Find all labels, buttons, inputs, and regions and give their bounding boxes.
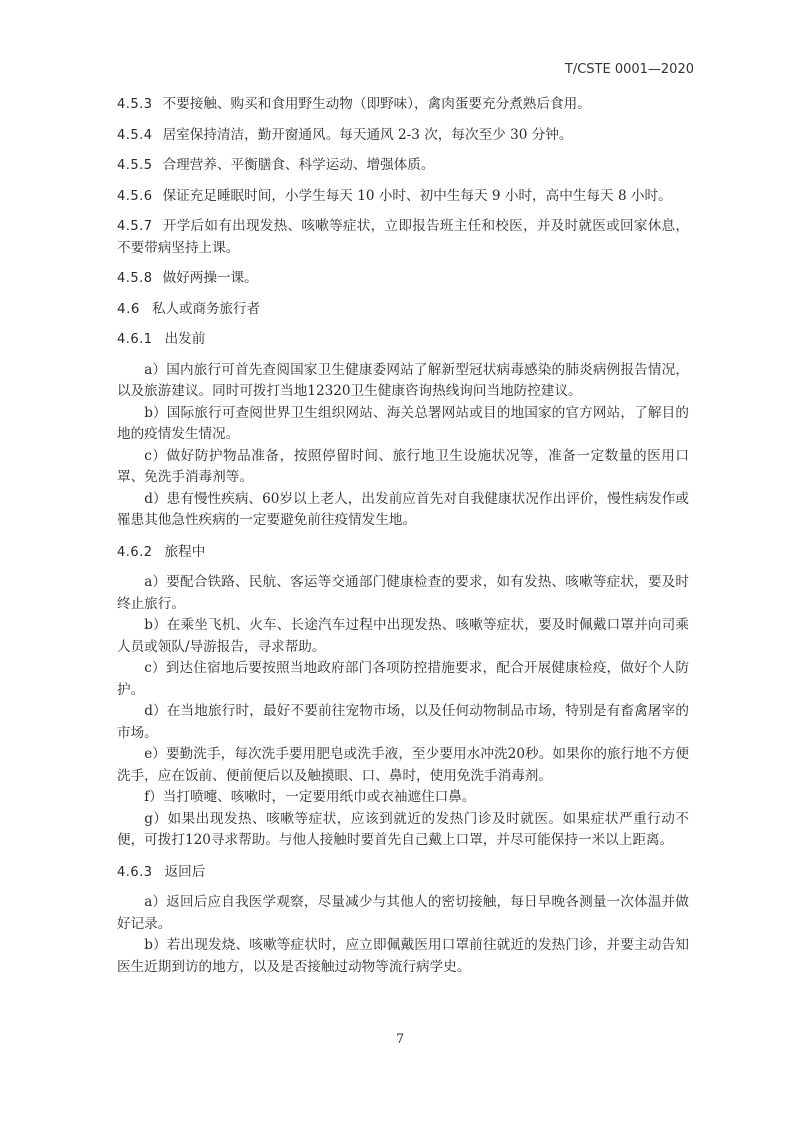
section-heading-4-6: 4.6私人或商务旅行者 (117, 299, 689, 321)
list-item: d）在当地旅行时，最好不要前往宠物市场，以及任何动物制品市场，特别是有畜禽屠宰的… (117, 701, 689, 744)
subsection-heading-4-6-3: 4.6.3返回后 (117, 862, 689, 884)
list-item: g）如果出现发热、咳嗽等症状，应该到就近的发热门诊及时就医。如果症状严重行动不便… (117, 809, 689, 852)
clause-number: 4.5.3 (117, 97, 153, 112)
document-body: 4.5.3不要接触、购买和食用野生动物（即野味），禽肉蛋要充分煮熟后食用。 4.… (117, 94, 689, 988)
section-title: 私人或商务旅行者 (152, 301, 260, 317)
list-item: b）国际旅行可查阅世界卫生组织网站、海关总署网站或目的地国家的官方网站，了解目的… (117, 403, 689, 446)
clause-number: 4.5.6 (117, 189, 153, 204)
clause-text: 做好两操一课。 (163, 270, 258, 286)
list-before-departure: a）国内旅行可首先查阅国家卫生健康委网站了解新型冠状病毒感染的肺炎病例报告情况，… (117, 360, 689, 532)
list-item: c）到达住宿地后要按照当地政府部门各项防控措施要求，配合开展健康检疫，做好个人防… (117, 658, 689, 701)
subsection-title: 旅程中 (165, 544, 206, 560)
list-after-return: a）返回后应自我医学观察，尽量减少与其他人的密切接触，每日早晚各测量一次体温并做… (117, 892, 689, 978)
clause-4-5-3: 4.5.3不要接触、购买和食用野生动物（即野味），禽肉蛋要充分煮熟后食用。 (117, 94, 689, 116)
clause-number: 4.5.8 (117, 271, 153, 286)
list-item: f）当打喷嚏、咳嗽时，一定要用纸巾或衣袖遮住口鼻。 (117, 787, 689, 809)
list-item: a）返回后应自我医学观察，尽量减少与其他人的密切接触，每日早晚各测量一次体温并做… (117, 892, 689, 935)
section-number: 4.6 (117, 301, 140, 317)
list-item: b）若出现发烧、咳嗽等症状时，应立即佩戴医用口罩前往就近的发热门诊，并要主动告知… (117, 935, 689, 978)
document-page: T/CSTE 0001—2020 4.5.3不要接触、购买和食用野生动物（即野味… (0, 0, 800, 1131)
list-item: a）国内旅行可首先查阅国家卫生健康委网站了解新型冠状病毒感染的肺炎病例报告情况，… (117, 360, 689, 403)
clause-text: 居室保持清洁，勤开窗通风。每天通风 2-3 次，每次至少 30 分钟。 (163, 127, 573, 143)
list-item: d）患有慢性疾病、60岁以上老人，出发前应首先对自我健康状况作出评价，慢性病发作… (117, 489, 689, 532)
clause-text: 保证充足睡眠时间，小学生每天 10 小时、初中生每天 9 小时，高中生每天 8 … (163, 188, 672, 204)
list-during-travel: a）要配合铁路、民航、客运等交通部门健康检查的要求，如有发热、咳嗽等症状，要及时… (117, 572, 689, 852)
subsection-title: 返回后 (165, 864, 206, 880)
subsection-heading-4-6-1: 4.6.1出发前 (117, 329, 689, 351)
clause-4-5-6: 4.5.6保证充足睡眠时间，小学生每天 10 小时、初中生每天 9 小时，高中生… (117, 186, 689, 208)
clause-number: 4.5.7 (117, 219, 153, 234)
standard-code: T/CSTE 0001—2020 (565, 62, 694, 77)
clause-4-5-4: 4.5.4居室保持清洁，勤开窗通风。每天通风 2-3 次，每次至少 30 分钟。 (117, 125, 689, 147)
clause-number: 4.5.4 (117, 128, 153, 143)
clause-number: 4.5.5 (117, 158, 153, 173)
subsection-heading-4-6-2: 4.6.2旅程中 (117, 542, 689, 564)
clause-4-5-7: 4.5.7开学后如有出现发热、咳嗽等症状，立即报告班主任和校医，并及时就医或回家… (117, 216, 689, 259)
page-number: 7 (0, 1032, 800, 1047)
clause-4-5-5: 4.5.5合理营养、平衡膳食、科学运动、增强体质。 (117, 155, 689, 177)
clause-4-5-8: 4.5.8做好两操一课。 (117, 268, 689, 290)
clause-text: 不要接触、购买和食用野生动物（即野味），禽肉蛋要充分煮熟后食用。 (163, 96, 591, 112)
clause-text: 开学后如有出现发热、咳嗽等症状，立即报告班主任和校医，并及时就医或回家休息，不要… (117, 218, 689, 256)
subsection-title: 出发前 (165, 331, 206, 347)
list-item: c）做好防护物品准备，按照停留时间、旅行地卫生设施状况等，准备一定数量的医用口罩… (117, 446, 689, 489)
subsection-number: 4.6.2 (117, 545, 153, 560)
list-item: e）要勤洗手，每次洗手要用肥皂或洗手液，至少要用水冲洗20秒。如果你的旅行地不方… (117, 744, 689, 787)
clause-text: 合理营养、平衡膳食、科学运动、增强体质。 (163, 157, 435, 173)
list-item: a）要配合铁路、民航、客运等交通部门健康检查的要求，如有发热、咳嗽等症状，要及时… (117, 572, 689, 615)
subsection-number: 4.6.1 (117, 332, 153, 347)
subsection-number: 4.6.3 (117, 865, 153, 880)
list-item: b）在乘坐飞机、火车、长途汽车过程中出现发热、咳嗽等症状，要及时佩戴口罩并向司乘… (117, 615, 689, 658)
